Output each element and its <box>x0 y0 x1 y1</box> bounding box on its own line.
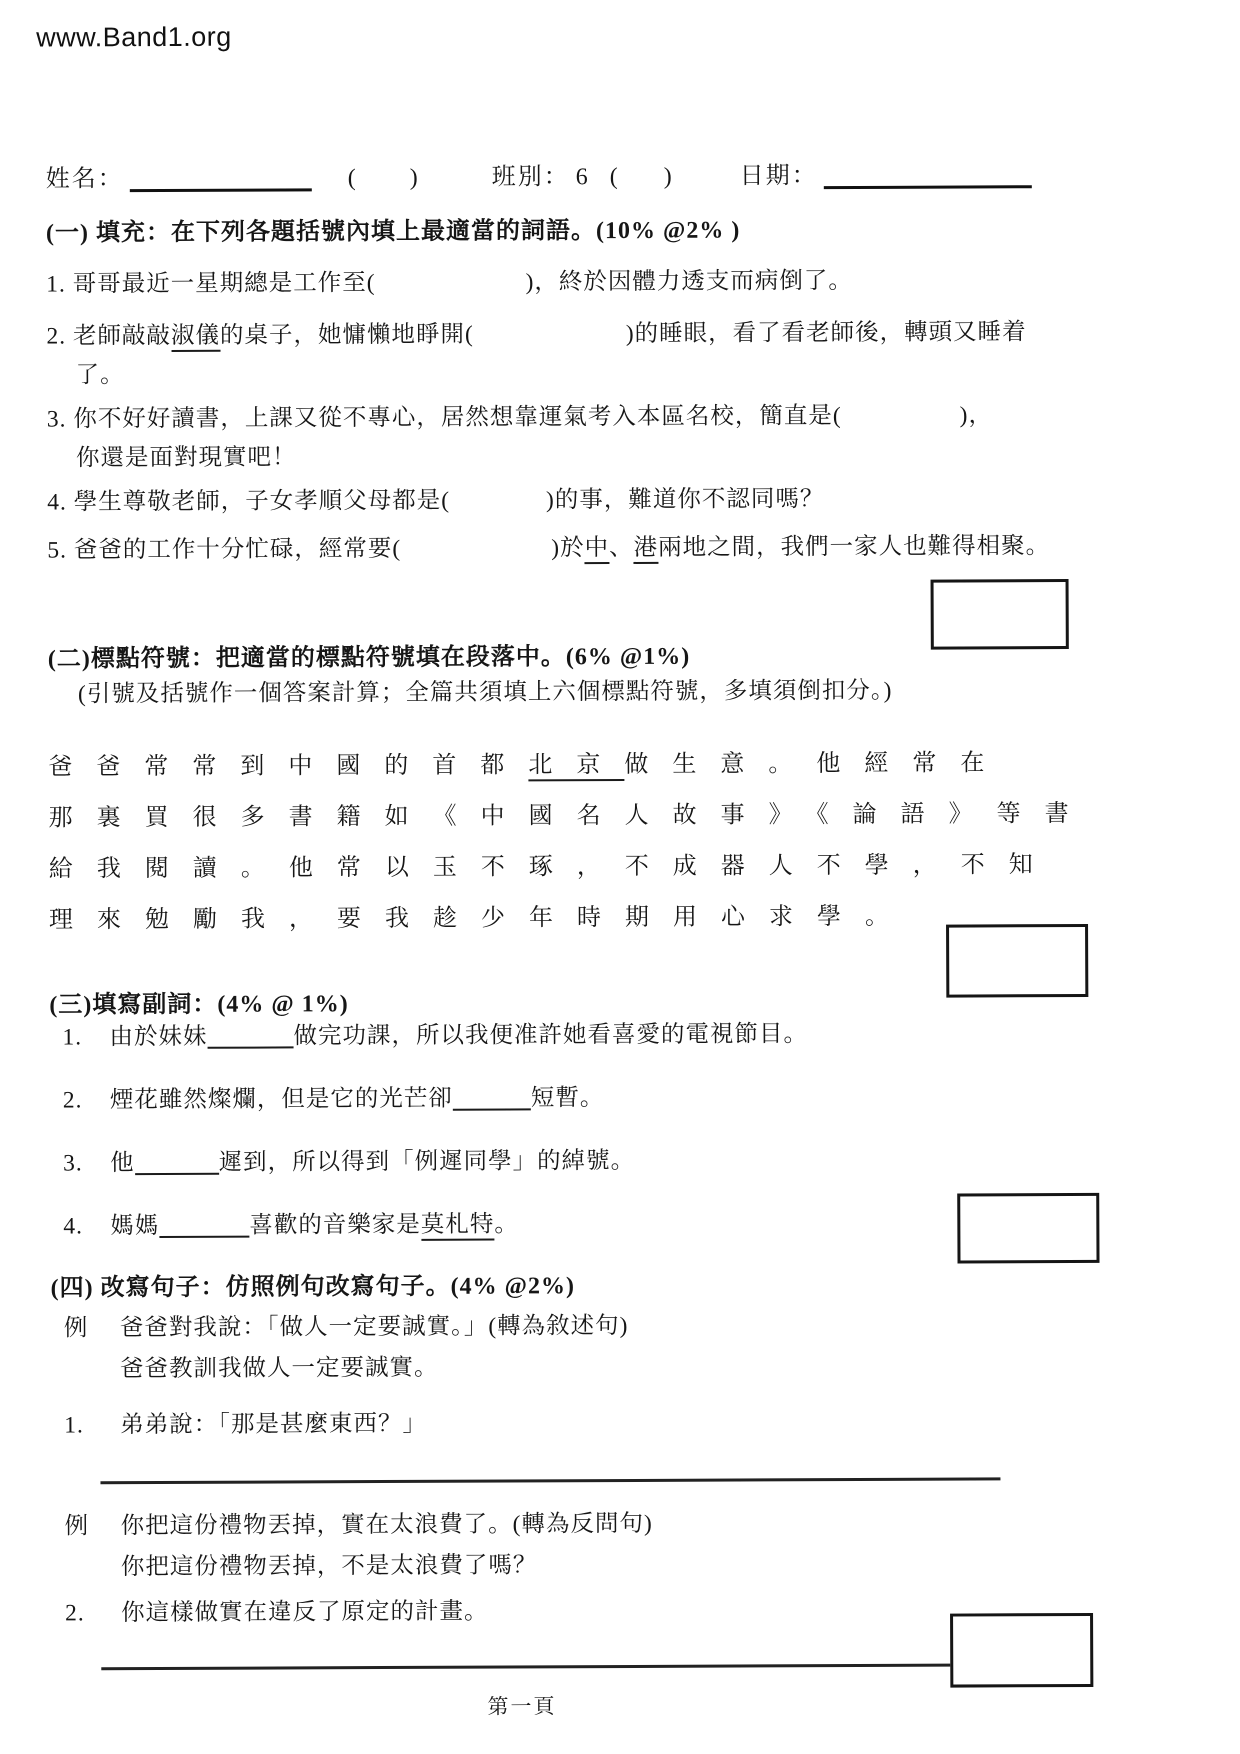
item-number: 1. <box>64 1409 120 1441</box>
section4-title: (四) 改寫句子：仿照例句改寫句子。(4% @2%) <box>51 1268 1124 1305</box>
answer-bracket-gap <box>401 555 551 556</box>
section3-title: (三)填寫副詞：(4% @ 1%) <box>49 983 348 1019</box>
section4: (四) 改寫句子：仿照例句改寫句子。(4% @2%) 例 爸爸對我說：「做人一定… <box>64 1268 1126 1671</box>
question-text-continuation: 了。 <box>76 355 1127 392</box>
question-text: )，終於因體力透支而病倒了。 <box>526 268 853 295</box>
section1-items: 1. 哥哥最近一星期總是工作至()，終於因體力透支而病倒了。 2. 老師敲敲淑儀… <box>46 264 1127 587</box>
class-value: 6 <box>576 164 588 190</box>
question-text: 2. 老師敲敲 <box>46 323 171 350</box>
score-box-section4 <box>950 1613 1093 1688</box>
exam-paper-page: www.Band1.org 姓名： ( ) 班別： 6 ( ) 日期： (一) … <box>0 0 1240 1754</box>
name-paren-open: ( <box>348 165 356 191</box>
question-text: 喜歡的音樂家是 <box>249 1212 421 1239</box>
answer-blank <box>453 1085 531 1111</box>
class-label: 班別： <box>492 164 570 190</box>
question-text: 媽媽 <box>110 1213 159 1239</box>
question-text: 。 <box>494 1211 519 1237</box>
adverb-item-3: 3. 他遲到，所以得到「例遲同學」的綽號。 <box>63 1145 809 1178</box>
question-text: 5. 爸爸的工作十分忙碌，經常要( <box>47 536 401 564</box>
question-text: )的事，難道你不認同嗎？ <box>546 486 824 513</box>
site-watermark: www.Band1.org <box>36 22 232 54</box>
underlined-term: 港 <box>633 535 658 564</box>
date-write-line <box>824 164 1032 190</box>
paragraph-line-1: 爸爸常常到中國的首都北京做生意。他經常在 <box>48 738 1168 794</box>
punctuation-paragraph: 爸爸常常到中國的首都北京做生意。他經常在 那裏買很多書籍如《中國名人故事》《論語… <box>48 738 1169 947</box>
name-paren-close: ) <box>410 165 418 191</box>
paragraph-line-3: 給我閱讀。他常以玉不琢，不成器人不學，不知 <box>49 840 1169 896</box>
answer-blank <box>135 1149 219 1175</box>
date-label: 日期： <box>740 163 818 189</box>
adverb-item-4: 4. 媽媽喜歡的音樂家是莫札特。 <box>63 1208 809 1241</box>
question-text: )， <box>960 402 993 428</box>
score-box-section3 <box>957 1193 1099 1264</box>
rewrite-example-2: 例 你把這份禮物丟掉，實在太浪費了。(轉為反問句) 你把這份禮物丟掉，不是太浪費… <box>65 1506 1125 1584</box>
item-number: 2. <box>65 1597 121 1629</box>
answer-write-line-2 <box>101 1663 1001 1670</box>
question-item-2: 2. 老師敲敲淑儀的桌子，她慵懶地睜開()的睡眼，看了看老師後，轉頭又睡着 了。 <box>46 316 1126 392</box>
rewrite-question-1: 1. 弟弟說：「那是甚麼東西？」 <box>64 1405 1124 1442</box>
question-text: 煙花雖然燦爛，但是它的光芒卻 <box>110 1086 453 1113</box>
question-text: )於 <box>551 535 584 561</box>
score-box-section2 <box>946 924 1088 998</box>
example-answer: 你把這份禮物丟掉，不是太浪費了嗎？ <box>121 1549 653 1583</box>
paragraph-text: 做生意。他經常在 <box>624 750 1008 778</box>
adverb-item-1: 1. 由於妹妹做完功課，所以我便准許她看喜愛的電視節目。 <box>62 1019 808 1052</box>
class-paren-open: ( <box>610 164 618 190</box>
score-box-section1 <box>931 579 1069 650</box>
name-label: 姓名： <box>46 166 124 192</box>
item-number: 4. <box>63 1211 110 1241</box>
item-number: 1. <box>62 1022 109 1052</box>
answer-blank <box>159 1212 249 1238</box>
question-item-4: 4. 學生尊敬老師，子女孝順父母都是()的事，難道你不認同嗎？ <box>47 482 1127 519</box>
section1-title: (一) 填充：在下列各題括號內填上最適當的詞語。(10% @2% ) <box>46 209 740 247</box>
question-text: 遲到，所以得到「例遲同學」的綽號。 <box>219 1148 636 1176</box>
question-text: 短暫。 <box>531 1085 605 1111</box>
example-label: 例 <box>64 1312 120 1385</box>
answer-write-line-1 <box>100 1477 1000 1484</box>
item-body: 煙花雖然燦爛，但是它的光芒卻短暫。 <box>110 1083 605 1115</box>
question-text: 由於妹妹 <box>109 1024 207 1050</box>
question-text: 4. 學生尊敬老師，子女孝順父母都是( <box>47 488 450 516</box>
rewrite-example-1: 例 爸爸對我說：「做人一定要誠實。」(轉為敘述句) 爸爸教訓我做人一定要誠實。 <box>64 1308 1124 1386</box>
example-label: 例 <box>65 1510 121 1583</box>
item-number: 3. <box>63 1148 110 1178</box>
question-text: 1. 哥哥最近一星期總是工作至( <box>46 270 375 297</box>
page-number-footer: 第一頁 <box>487 1690 556 1720</box>
section2-title: (二)標點符號：把適當的標點符號填在段落中。(6% @1%) <box>48 636 690 674</box>
question-text: 弟弟說：「那是甚麼東西？」 <box>120 1408 427 1441</box>
example-source: 爸爸對我說：「做人一定要誠實。」(轉為敘述句) <box>120 1310 629 1344</box>
item-number: 2. <box>63 1085 110 1115</box>
item-body: 他遲到，所以得到「例遲同學」的綽號。 <box>110 1146 635 1178</box>
question-item-5: 5. 爸爸的工作十分忙碌，經常要()於中、港兩地之間，我們一家人也難得相聚。 <box>47 530 1127 567</box>
question-text: 你這樣做實在違反了原定的計畫。 <box>121 1596 489 1630</box>
question-text: 他 <box>110 1150 135 1176</box>
underlined-term: 淑儀 <box>171 323 220 352</box>
adverb-item-2: 2. 煙花雖然燦爛，但是它的光芒卻短暫。 <box>63 1082 809 1115</box>
class-paren-close: ) <box>664 164 672 190</box>
scan-content: www.Band1.org 姓名： ( ) 班別： 6 ( ) 日期： (一) … <box>0 0 1240 1754</box>
example-body: 你把這份禮物丟掉，實在太浪費了。(轉為反問句) 你把這份禮物丟掉，不是太浪費了嗎… <box>121 1508 653 1583</box>
section2-note: (引號及括號作一個答案計算；全篇共須填上六個標點符號，多填須倒扣分。) <box>78 671 893 709</box>
example-body: 爸爸對我說：「做人一定要誠實。」(轉為敘述句) 爸爸教訓我做人一定要誠實。 <box>120 1310 629 1385</box>
answer-blank <box>207 1023 293 1049</box>
paragraph-text: 爸爸常常到中國的首都 <box>48 752 528 780</box>
paragraph-line-2: 那裏買很多書籍如《中國名人故事》《論語》等書 <box>48 789 1168 845</box>
question-text: )的睡眼，看了看老師後，轉頭又睡着 <box>626 319 1027 347</box>
answer-bracket-gap <box>842 423 960 424</box>
question-text: 兩地之間，我們一家人也難得相聚。 <box>658 533 1050 561</box>
question-item-3: 3. 你不好好讀書，上課又從不專心，居然想靠運氣考入本區名校，簡直是()， 你還… <box>47 399 1127 475</box>
student-info-row: 姓名： ( ) 班別： 6 ( ) 日期： <box>46 154 1032 193</box>
question-text: 3. 你不好好讀書，上課又從不專心，居然想靠運氣考入本區名校，簡直是( <box>47 403 842 432</box>
answer-bracket-gap <box>376 289 526 290</box>
example-source: 你把這份禮物丟掉，實在太浪費了。(轉為反問句) <box>121 1508 653 1542</box>
item-body: 由於妹妹做完功課，所以我便准許她看喜愛的電視節目。 <box>109 1019 808 1052</box>
question-text: 、 <box>609 535 634 561</box>
underlined-term: 莫札特 <box>421 1212 495 1241</box>
question-item-1: 1. 哥哥最近一星期總是工作至()，終於因體力透支而病倒了。 <box>46 264 1126 301</box>
section3-items: 1. 由於妹妹做完功課，所以我便准許她看喜愛的電視節目。 2. 煙花雖然燦爛，但… <box>62 1019 809 1274</box>
item-body: 媽媽喜歡的音樂家是莫札特。 <box>110 1209 519 1241</box>
answer-bracket-gap <box>474 341 626 342</box>
underlined-term: 中 <box>584 535 609 564</box>
question-text: 的桌子，她慵懶地睜開( <box>220 322 474 349</box>
name-write-line <box>130 167 312 192</box>
example-answer: 爸爸教訓我做人一定要誠實。 <box>120 1351 629 1385</box>
question-text-continuation: 你還是面對現實吧！ <box>76 438 1127 475</box>
underlined-term: 北京 <box>528 752 624 781</box>
question-text: 做完功課，所以我便准許她看喜愛的電視節目。 <box>293 1021 808 1049</box>
